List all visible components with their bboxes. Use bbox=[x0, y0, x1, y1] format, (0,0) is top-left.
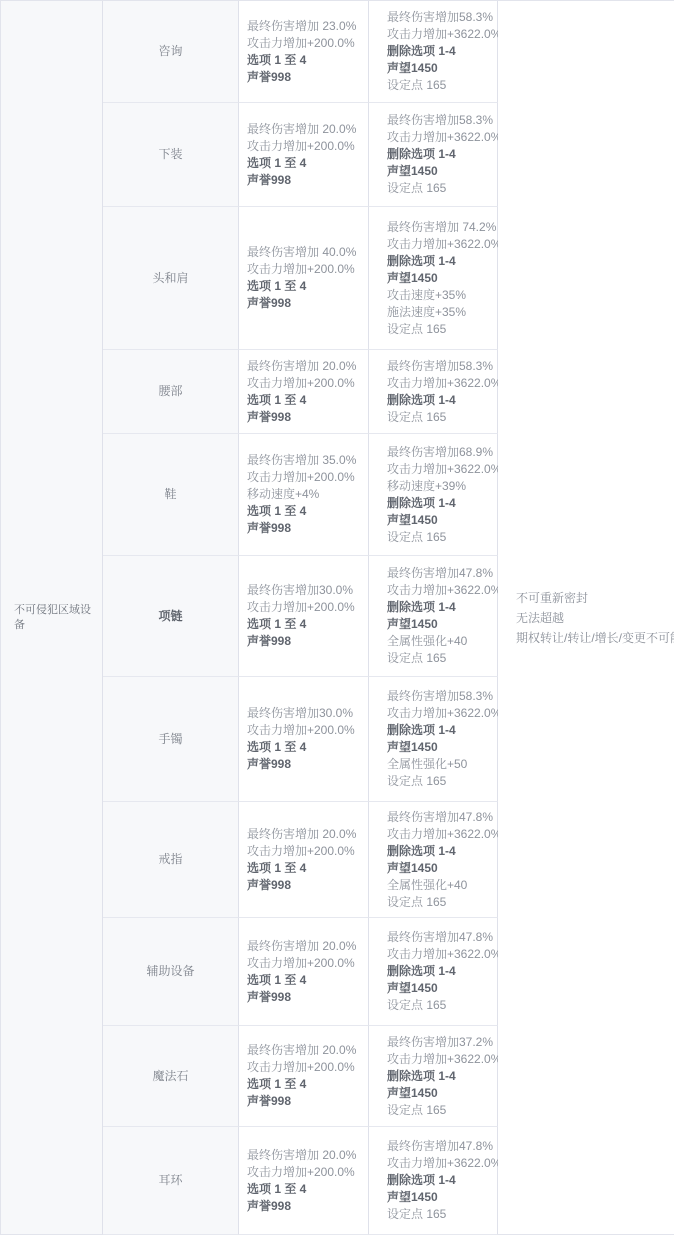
stats-before-cell: 最终伤害增加 20.0%攻击力增加+200.0%选项 1 至 4声誉998 bbox=[239, 802, 369, 918]
equipment-name: 咨询 bbox=[158, 43, 182, 60]
stat-line: 声誉998 bbox=[247, 409, 364, 426]
stat-line: 攻击力增加+200.0% bbox=[247, 843, 364, 860]
equipment-name-cell: 下装 bbox=[103, 103, 239, 207]
note-line: 期权转让/转让/增长/变更不可能 bbox=[516, 628, 669, 648]
stat-line: 设定点 165 bbox=[387, 77, 493, 94]
stat-line: 选项 1 至 4 bbox=[247, 972, 364, 989]
stat-line: 设定点 165 bbox=[387, 409, 493, 426]
stat-line: 攻击力增加+200.0% bbox=[247, 375, 364, 392]
stat-line: 最终伤害增加 20.0% bbox=[247, 358, 364, 375]
stats-after-cell: 最终伤害增加58.3%攻击力增加+3622.0%删除选项 1-4声望1450全属… bbox=[369, 677, 498, 802]
equipment-name-cell: 手镯 bbox=[103, 677, 239, 802]
stat-line: 全属性强化+40 bbox=[387, 633, 493, 650]
stat-line: 移动速度+4% bbox=[247, 486, 364, 503]
stat-line: 声望1450 bbox=[387, 980, 493, 997]
stat-line: 删除选项 1-4 bbox=[387, 722, 493, 739]
stat-line: 攻击力增加+3622.0% bbox=[387, 129, 493, 146]
stat-line: 攻击力增加+200.0% bbox=[247, 599, 364, 616]
stat-line: 攻击力增加+3622.0% bbox=[387, 375, 493, 392]
stat-line: 最终伤害增加47.8% bbox=[387, 1138, 493, 1155]
stat-line: 选项 1 至 4 bbox=[247, 1181, 364, 1198]
stat-line: 删除选项 1-4 bbox=[387, 495, 493, 512]
stats-before-cell: 最终伤害增加 20.0%攻击力增加+200.0%选项 1 至 4声誉998 bbox=[239, 103, 369, 207]
stat-line: 声誉998 bbox=[247, 1198, 364, 1215]
stat-line: 攻击力增加+3622.0% bbox=[387, 582, 493, 599]
stat-line: 攻击力增加+200.0% bbox=[247, 1164, 364, 1181]
stat-line: 攻击力增加+200.0% bbox=[247, 1059, 364, 1076]
stats-before-cell: 最终伤害增加 23.0%攻击力增加+200.0%选项 1 至 4声誉998 bbox=[239, 1, 369, 103]
stat-line: 选项 1 至 4 bbox=[247, 616, 364, 633]
stat-line: 最终伤害增加 20.0% bbox=[247, 938, 364, 955]
category-cell: 不可侵犯区域设备 bbox=[1, 1, 103, 1235]
stat-line: 最终伤害增加37.2% bbox=[387, 1034, 493, 1051]
equipment-name: 手镯 bbox=[158, 731, 182, 748]
stat-line: 攻击速度+35% bbox=[387, 287, 493, 304]
stat-line: 删除选项 1-4 bbox=[387, 1172, 493, 1189]
stats-before-cell: 最终伤害增加 40.0%攻击力增加+200.0%选项 1 至 4声誉998 bbox=[239, 207, 369, 350]
stat-line: 选项 1 至 4 bbox=[247, 392, 364, 409]
equipment-name-cell: 魔法石 bbox=[103, 1026, 239, 1127]
stat-line: 最终伤害增加 20.0% bbox=[247, 121, 364, 138]
stat-line: 选项 1 至 4 bbox=[247, 155, 364, 172]
stat-line: 最终伤害增加30.0% bbox=[247, 705, 364, 722]
stat-line: 声望1450 bbox=[387, 739, 493, 756]
stat-line: 全属性强化+50 bbox=[387, 756, 493, 773]
stat-line: 攻击力增加+3622.0% bbox=[387, 1155, 493, 1172]
stat-line: 攻击力增加+200.0% bbox=[247, 469, 364, 486]
equipment-name-cell: 耳环 bbox=[103, 1127, 239, 1235]
note-line: 不可重新密封 bbox=[516, 588, 669, 608]
stat-line: 选项 1 至 4 bbox=[247, 503, 364, 520]
stat-line: 声望1450 bbox=[387, 860, 493, 877]
stat-line: 最终伤害增加47.8% bbox=[387, 565, 493, 582]
stat-line: 声望1450 bbox=[387, 1085, 493, 1102]
stat-line: 攻击力增加+3622.0% bbox=[387, 1051, 493, 1068]
stat-line: 声誉998 bbox=[247, 877, 364, 894]
stat-line: 设定点 165 bbox=[387, 529, 493, 546]
equipment-name-cell: 腰部 bbox=[103, 350, 239, 434]
stat-line: 选项 1 至 4 bbox=[247, 739, 364, 756]
stat-line: 选项 1 至 4 bbox=[247, 278, 364, 295]
stat-line: 最终伤害增加 23.0% bbox=[247, 18, 364, 35]
stat-line: 攻击力增加+3622.0% bbox=[387, 705, 493, 722]
stat-line: 声望1450 bbox=[387, 512, 493, 529]
equipment-name-cell: 鞋 bbox=[103, 434, 239, 556]
stat-line: 施法速度+35% bbox=[387, 304, 493, 321]
stat-line: 最终伤害增加 20.0% bbox=[247, 1042, 364, 1059]
equipment-name: 戒指 bbox=[158, 851, 182, 868]
stat-line: 最终伤害增加47.8% bbox=[387, 809, 493, 826]
stat-line: 全属性强化+40 bbox=[387, 877, 493, 894]
stat-line: 设定点 165 bbox=[387, 773, 493, 790]
category-label: 不可侵犯区域设备 bbox=[14, 603, 98, 633]
equipment-name: 腰部 bbox=[158, 383, 182, 400]
stat-line: 攻击力增加+3622.0% bbox=[387, 26, 493, 43]
stat-line: 最终伤害增加 20.0% bbox=[247, 1147, 364, 1164]
stats-before-cell: 最终伤害增加 20.0%攻击力增加+200.0%选项 1 至 4声誉998 bbox=[239, 1026, 369, 1127]
stats-after-cell: 最终伤害增加47.8%攻击力增加+3622.0%删除选项 1-4声望1450设定… bbox=[369, 918, 498, 1026]
stat-line: 最终伤害增加58.3% bbox=[387, 688, 493, 705]
stat-line: 删除选项 1-4 bbox=[387, 43, 493, 60]
stat-line: 删除选项 1-4 bbox=[387, 599, 493, 616]
stat-line: 选项 1 至 4 bbox=[247, 1076, 364, 1093]
stat-line: 设定点 165 bbox=[387, 180, 493, 197]
stat-line: 最终伤害增加 20.0% bbox=[247, 826, 364, 843]
stat-line: 攻击力增加+200.0% bbox=[247, 722, 364, 739]
stat-line: 攻击力增加+200.0% bbox=[247, 261, 364, 278]
stats-before-cell: 最终伤害增加30.0%攻击力增加+200.0%选项 1 至 4声誉998 bbox=[239, 677, 369, 802]
stat-line: 删除选项 1-4 bbox=[387, 1068, 493, 1085]
equipment-name-cell: 项链 bbox=[103, 556, 239, 677]
stat-line: 声望1450 bbox=[387, 616, 493, 633]
page: 不可侵犯区域设备 咨询 最终伤害增加 23.0%攻击力增加+200.0%选项 1… bbox=[0, 0, 674, 1235]
stat-line: 声望1450 bbox=[387, 60, 493, 77]
stats-after-cell: 最终伤害增加58.3%攻击力增加+3622.0%删除选项 1-4声望1450设定… bbox=[369, 103, 498, 207]
stat-line: 设定点 165 bbox=[387, 1102, 493, 1119]
stat-line: 声誉998 bbox=[247, 1093, 364, 1110]
stats-after-cell: 最终伤害增加68.9%攻击力增加+3622.0%移动速度+39%删除选项 1-4… bbox=[369, 434, 498, 556]
stat-line: 最终伤害增加58.3% bbox=[387, 9, 493, 26]
stat-line: 设定点 165 bbox=[387, 894, 493, 911]
stat-line: 声望1450 bbox=[387, 1189, 493, 1206]
stat-line: 移动速度+39% bbox=[387, 478, 493, 495]
equipment-name: 耳环 bbox=[158, 1172, 182, 1189]
stat-line: 攻击力增加+3622.0% bbox=[387, 946, 493, 963]
equipment-name-cell: 咨询 bbox=[103, 1, 239, 103]
equipment-name: 鞋 bbox=[164, 486, 176, 503]
stat-line: 攻击力增加+3622.0% bbox=[387, 236, 493, 253]
equipment-name: 魔法石 bbox=[152, 1068, 188, 1085]
stats-after-cell: 最终伤害增加58.3%攻击力增加+3622.0%删除选项 1-4声望1450设定… bbox=[369, 1, 498, 103]
equipment-name: 下装 bbox=[158, 146, 182, 163]
stat-line: 最终伤害增加47.8% bbox=[387, 929, 493, 946]
stat-line: 声誉998 bbox=[247, 756, 364, 773]
stats-before-cell: 最终伤害增加 20.0%攻击力增加+200.0%选项 1 至 4声誉998 bbox=[239, 1127, 369, 1235]
stat-line: 删除选项 1-4 bbox=[387, 392, 493, 409]
stat-line: 攻击力增加+200.0% bbox=[247, 35, 364, 52]
stat-line: 声望1450 bbox=[387, 270, 493, 287]
stat-line: 最终伤害增加 40.0% bbox=[247, 244, 364, 261]
stat-line: 设定点 165 bbox=[387, 650, 493, 667]
stat-line: 攻击力增加+3622.0% bbox=[387, 826, 493, 843]
equipment-name-cell: 头和肩 bbox=[103, 207, 239, 350]
stat-line: 攻击力增加+200.0% bbox=[247, 138, 364, 155]
stats-after-cell: 最终伤害增加37.2%攻击力增加+3622.0%删除选项 1-4声望1450设定… bbox=[369, 1026, 498, 1127]
stats-before-cell: 最终伤害增加30.0%攻击力增加+200.0%选项 1 至 4声誉998 bbox=[239, 556, 369, 677]
stat-line: 攻击力增加+200.0% bbox=[247, 955, 364, 972]
stat-line: 最终伤害增加 35.0% bbox=[247, 452, 364, 469]
stat-line: 设定点 165 bbox=[387, 321, 493, 338]
stat-line: 最终伤害增加30.0% bbox=[247, 582, 364, 599]
stat-line: 声誉998 bbox=[247, 69, 364, 86]
equipment-name: 辅助设备 bbox=[146, 963, 194, 980]
stats-after-cell: 最终伤害增加47.8%攻击力增加+3622.0%删除选项 1-4声望1450设定… bbox=[369, 1127, 498, 1235]
stat-line: 删除选项 1-4 bbox=[387, 963, 493, 980]
stats-before-cell: 最终伤害增加 35.0%攻击力增加+200.0%移动速度+4%选项 1 至 4声… bbox=[239, 434, 369, 556]
notes-cell: 不可重新密封无法超越期权转让/转让/增长/变更不可能 bbox=[498, 1, 674, 1235]
stat-line: 声誉998 bbox=[247, 633, 364, 650]
stats-before-cell: 最终伤害增加 20.0%攻击力增加+200.0%选项 1 至 4声誉998 bbox=[239, 350, 369, 434]
stat-line: 声誉998 bbox=[247, 295, 364, 312]
stat-line: 声望1450 bbox=[387, 163, 493, 180]
equipment-name: 头和肩 bbox=[152, 270, 188, 287]
stat-line: 选项 1 至 4 bbox=[247, 52, 364, 69]
stats-after-cell: 最终伤害增加58.3%攻击力增加+3622.0%删除选项 1-4设定点 165 bbox=[369, 350, 498, 434]
stat-line: 最终伤害增加 74.2% bbox=[387, 219, 493, 236]
stats-after-cell: 最终伤害增加47.8%攻击力增加+3622.0%删除选项 1-4声望1450全属… bbox=[369, 556, 498, 677]
stat-line: 选项 1 至 4 bbox=[247, 860, 364, 877]
equipment-name-cell: 辅助设备 bbox=[103, 918, 239, 1026]
equipment-name: 项链 bbox=[158, 608, 182, 625]
equipment-table: 不可侵犯区域设备 咨询 最终伤害增加 23.0%攻击力增加+200.0%选项 1… bbox=[0, 0, 674, 1235]
stat-line: 设定点 165 bbox=[387, 1206, 493, 1223]
stat-line: 删除选项 1-4 bbox=[387, 146, 493, 163]
equipment-name-cell: 戒指 bbox=[103, 802, 239, 918]
stat-line: 声誉998 bbox=[247, 989, 364, 1006]
stat-line: 声誉998 bbox=[247, 172, 364, 189]
stat-line: 最终伤害增加58.3% bbox=[387, 112, 493, 129]
stats-after-cell: 最终伤害增加 74.2%攻击力增加+3622.0%删除选项 1-4声望1450攻… bbox=[369, 207, 498, 350]
stat-line: 设定点 165 bbox=[387, 997, 493, 1014]
stat-line: 删除选项 1-4 bbox=[387, 843, 493, 860]
note-line: 无法超越 bbox=[516, 608, 669, 628]
stat-line: 攻击力增加+3622.0% bbox=[387, 461, 493, 478]
stats-after-cell: 最终伤害增加47.8%攻击力增加+3622.0%删除选项 1-4声望1450全属… bbox=[369, 802, 498, 918]
stats-before-cell: 最终伤害增加 20.0%攻击力增加+200.0%选项 1 至 4声誉998 bbox=[239, 918, 369, 1026]
stat-line: 删除选项 1-4 bbox=[387, 253, 493, 270]
stat-line: 声誉998 bbox=[247, 520, 364, 537]
stat-line: 最终伤害增加68.9% bbox=[387, 444, 493, 461]
stat-line: 最终伤害增加58.3% bbox=[387, 358, 493, 375]
